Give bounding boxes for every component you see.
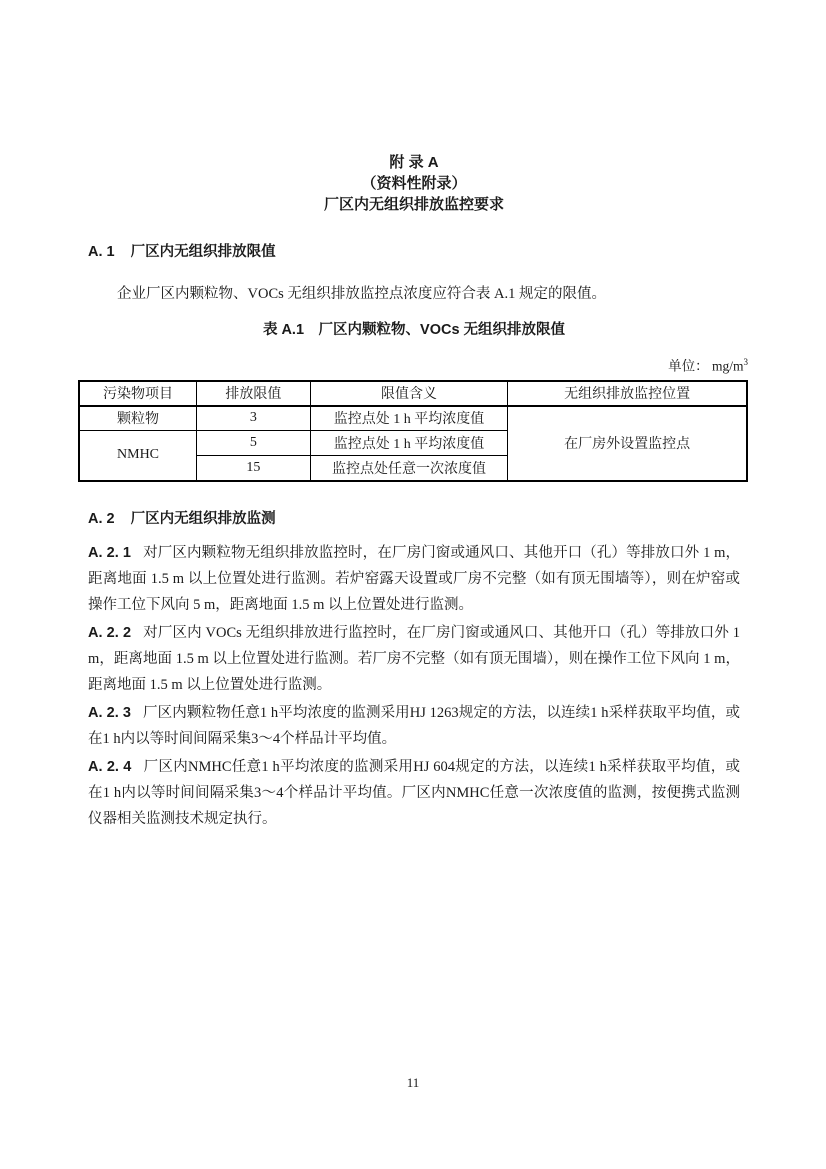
table-a1-title: 表 A.1 厂区内颗粒物、VOCs 无组织排放限值 bbox=[88, 322, 740, 338]
cell-limit: 15 bbox=[197, 456, 311, 481]
appendix-subtitle: （资料性附录） bbox=[88, 173, 740, 194]
cell-meaning: 监控点处 1 h 平均浓度值 bbox=[310, 406, 508, 431]
page-number: 11 bbox=[0, 1075, 826, 1091]
appendix-title-block: 附 录 A （资料性附录） 厂区内无组织排放监控要求 bbox=[88, 152, 740, 215]
clause-a2-1-label: A. 2. 1 bbox=[88, 545, 131, 561]
clause-a2-2-label: A. 2. 2 bbox=[88, 625, 131, 641]
cell-pollutant: 颗粒物 bbox=[79, 406, 197, 431]
clause-a2-1: A. 2. 1对厂区内颗粒物无组织排放监控时，在厂房门窗或通风口、其他开口（孔）… bbox=[88, 540, 740, 618]
cell-location: 在厂房外设置监控点 bbox=[508, 406, 747, 481]
appendix-title: 附 录 A bbox=[88, 152, 740, 173]
cell-limit: 5 bbox=[197, 431, 311, 456]
clause-a2-2: A. 2. 2对厂区内 VOCs 无组织排放进行监控时，在厂房门窗或通风口、其他… bbox=[88, 620, 740, 698]
section-a2-heading: A. 2厂区内无组织排放监测 bbox=[88, 510, 740, 528]
clause-a2-3: A. 2. 3厂区内颗粒物任意1 h平均浓度的监测采用HJ 1263规定的方法，… bbox=[88, 700, 740, 752]
section-a1-label: A. 1 bbox=[88, 244, 115, 260]
cell-pollutant: NMHC bbox=[79, 431, 197, 481]
section-a1-title: 厂区内无组织排放限值 bbox=[131, 244, 276, 260]
table-header-row: 污染物项目 排放限值 限值含义 无组织排放监控位置 bbox=[79, 381, 747, 406]
unit-superscript: 3 bbox=[744, 357, 749, 367]
clause-a2-4-text: 厂区内NMHC任意1 h平均浓度的监测采用HJ 604规定的方法，以连续1 h采… bbox=[88, 759, 740, 827]
section-a1-paragraph: 企业厂区内颗粒物、VOCs 无组织排放监控点浓度应符合表 A.1 规定的限值。 bbox=[88, 281, 740, 308]
clause-a2-3-label: A. 2. 3 bbox=[88, 705, 131, 721]
section-a2-label: A. 2 bbox=[88, 511, 115, 527]
clause-a2-2-text: 对厂区内 VOCs 无组织排放进行监控时，在厂房门窗或通风口、其他开口（孔）等排… bbox=[88, 625, 740, 693]
table-unit-label: 单位： mg/m3 bbox=[78, 354, 748, 375]
header-meaning: 限值含义 bbox=[310, 381, 508, 406]
table-a1-wrapper: 单位： mg/m3 污染物项目 排放限值 限值含义 无组织排放监控位置 bbox=[78, 354, 748, 482]
clause-a2-4: A. 2. 4厂区内NMHC任意1 h平均浓度的监测采用HJ 604规定的方法，… bbox=[88, 754, 740, 832]
page-content: 附 录 A （资料性附录） 厂区内无组织排放监控要求 A. 1厂区内无组织排放限… bbox=[88, 0, 740, 832]
clause-a2-1-text: 对厂区内颗粒物无组织排放监控时，在厂房门窗或通风口、其他开口（孔）等排放口外 1… bbox=[88, 545, 740, 613]
cell-meaning: 监控点处任意一次浓度值 bbox=[310, 456, 508, 481]
clause-a2-3-text: 厂区内颗粒物任意1 h平均浓度的监测采用HJ 1263规定的方法，以连续1 h采… bbox=[88, 705, 740, 747]
table-row: 颗粒物 3 监控点处 1 h 平均浓度值 在厂房外设置监控点 bbox=[79, 406, 747, 431]
section-a2-title: 厂区内无组织排放监测 bbox=[131, 511, 276, 527]
clause-a2-4-label: A. 2. 4 bbox=[88, 759, 131, 775]
header-pollutant: 污染物项目 bbox=[79, 381, 197, 406]
section-a2-clauses: A. 2. 1对厂区内颗粒物无组织排放监控时，在厂房门窗或通风口、其他开口（孔）… bbox=[88, 540, 740, 832]
header-limit: 排放限值 bbox=[197, 381, 311, 406]
emission-limits-table: 污染物项目 排放限值 限值含义 无组织排放监控位置 颗粒物 3 监控点处 1 h… bbox=[78, 380, 748, 482]
section-a1-heading: A. 1厂区内无组织排放限值 bbox=[88, 243, 740, 261]
unit-text: 单位： mg/m bbox=[668, 359, 743, 374]
cell-limit: 3 bbox=[197, 406, 311, 431]
document-page: 附 录 A （资料性附录） 厂区内无组织排放监控要求 A. 1厂区内无组织排放限… bbox=[0, 0, 826, 1169]
cell-meaning: 监控点处 1 h 平均浓度值 bbox=[310, 431, 508, 456]
appendix-heading: 厂区内无组织排放监控要求 bbox=[88, 194, 740, 215]
header-location: 无组织排放监控位置 bbox=[508, 381, 747, 406]
